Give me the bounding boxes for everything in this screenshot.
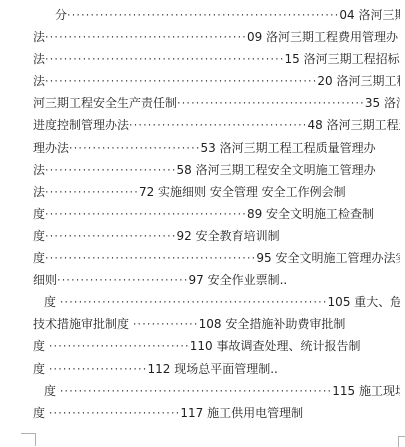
leader-dots: ···························· — [57, 274, 189, 287]
toc-line-left-text: 进度控制管理办法 — [33, 118, 129, 132]
toc-line-left-text: 度 — [33, 362, 49, 376]
toc-line-left-text: 度 — [33, 251, 45, 265]
toc-line-left-text: 度 — [33, 229, 45, 243]
leader-dots: ···························· — [49, 406, 181, 419]
toc-line: 度·······································… — [33, 247, 400, 269]
toc-line-left-text: 法 — [33, 163, 45, 177]
leader-dots: ········································… — [60, 296, 328, 309]
toc-line: 法·······································… — [33, 48, 400, 70]
toc-line-right-text: 97 安全作业票制.. — [189, 273, 288, 287]
toc-line: 法·······································… — [33, 26, 400, 48]
leader-dots: ········································… — [67, 9, 339, 22]
toc-line-left-text: 法 — [33, 52, 45, 66]
toc-line-left-text: 分 — [55, 8, 67, 22]
toc-line-right-text: 95 安全文明施工管理办法实施 — [256, 251, 400, 265]
toc-line: 度 ······································… — [33, 380, 400, 402]
toc-line: 度····························92 安全教育培训制 — [33, 225, 400, 247]
toc-line: 理办法····························53 洛河三期工程… — [33, 137, 400, 159]
toc-line: 度 ······································… — [33, 291, 400, 313]
leader-dots: ········································… — [60, 384, 332, 397]
leader-dots: ···························· — [45, 163, 177, 176]
leader-dots: ···························· — [45, 229, 177, 242]
toc-line-right-text: 48 洛河三期工程造价控制管 — [308, 118, 401, 132]
toc-line: 细则····························97 安全作业票制.… — [33, 269, 400, 291]
toc-line-right-text: 115 施工现场道路交通管理制 — [332, 384, 400, 398]
toc-line-right-text: 53 洛河三期工程工程质量管理办 — [201, 141, 376, 155]
toc-line-left-text: 度 — [33, 339, 49, 353]
leader-dots: ······································ — [129, 119, 307, 132]
toc-line-right-text: 89 安全文明施工检查制 — [247, 207, 374, 221]
toc-line: 度 ······························110 事故调查… — [33, 335, 400, 357]
toc-line-left-text: 技术措施审批制度 — [33, 317, 133, 331]
toc-line-left-text: 度 — [44, 384, 60, 398]
leader-dots: ····················· — [49, 362, 148, 375]
toc-line-left-text: 度 — [33, 207, 45, 221]
leader-dots: ······························ — [49, 340, 190, 353]
leader-dots: ···························· — [69, 141, 201, 154]
toc-line: 法·······································… — [33, 70, 400, 92]
toc-line-left-text: 法 — [33, 30, 45, 44]
leader-dots: ········································… — [45, 207, 247, 220]
toc-line-right-text: 58 洛河三期工程安全文明施工管理办 — [177, 163, 376, 177]
toc-line-left-text: 法 — [33, 74, 45, 88]
toc-line-right-text: 110 事故调查处理、统计报告制 — [190, 339, 361, 353]
document-page: 分·······································… — [0, 0, 405, 447]
leader-dots: ········································… — [45, 75, 317, 88]
toc-line: 技术措施审批制度 ··············108 安全措施补助费审批制 — [33, 313, 400, 335]
toc-line-right-text: 04 洛河三期工程财务管理办 — [339, 8, 400, 22]
toc-line: 度·······································… — [33, 203, 400, 225]
toc-line: 进度控制管理办法································… — [33, 114, 400, 136]
toc-line-right-text: 09 洛河三期工程费用管理办 — [247, 30, 398, 44]
leader-dots: ········································… — [45, 53, 285, 66]
toc-line-right-text: 35 洛河三期工程 — [365, 96, 400, 110]
leader-dots: ···················· — [45, 185, 139, 198]
toc-line-left-text: 河三期工程安全生产责任制 — [33, 96, 177, 110]
toc-line: 法····················72 实施细则 安全管理 安全工作例会… — [33, 181, 400, 203]
toc-line-right-text: 117 施工供用电管理制 — [180, 406, 303, 420]
leader-dots: ········································… — [45, 252, 256, 265]
toc-line: 法····························58 洛河三期工程安全… — [33, 159, 400, 181]
toc-line: 河三期工程安全生产责任制····························… — [33, 92, 400, 114]
table-of-contents: 分·······································… — [33, 4, 400, 424]
margin-corner-mark — [398, 436, 405, 447]
toc-line-left-text: 度 — [33, 406, 49, 420]
leader-dots: ········································ — [177, 97, 365, 110]
toc-line-left-text: 理办法 — [33, 141, 69, 155]
toc-line-right-text: 92 安全教育培训制 — [177, 229, 280, 243]
margin-corner-mark — [21, 433, 36, 446]
toc-line: 度 ····························117 施工供用电管… — [33, 402, 400, 424]
toc-line-right-text: 112 现场总平面管理制.. — [147, 362, 277, 376]
toc-line: 分·······································… — [33, 4, 400, 26]
toc-line-left-text: 法 — [33, 185, 45, 199]
toc-line-left-text: 细则 — [33, 273, 57, 287]
toc-line-right-text: 105 重大、危险作业安全 — [328, 295, 400, 309]
leader-dots: ········································… — [45, 31, 247, 44]
leader-dots: ·············· — [133, 318, 199, 331]
toc-line-right-text: 20 洛河三期工程合同管理办法···? ?6 洛 — [317, 74, 400, 88]
toc-line: 度 ·····················112 现场总平面管理制.. — [33, 358, 400, 380]
toc-line-left-text: 度 — [44, 295, 60, 309]
toc-line-right-text: 15 洛河三期工程招标管理办 — [285, 52, 400, 66]
toc-line-right-text: 72 实施细则 安全管理 安全工作例会制 — [139, 185, 346, 199]
toc-line-right-text: 108 安全措施补助费审批制 — [199, 317, 346, 331]
